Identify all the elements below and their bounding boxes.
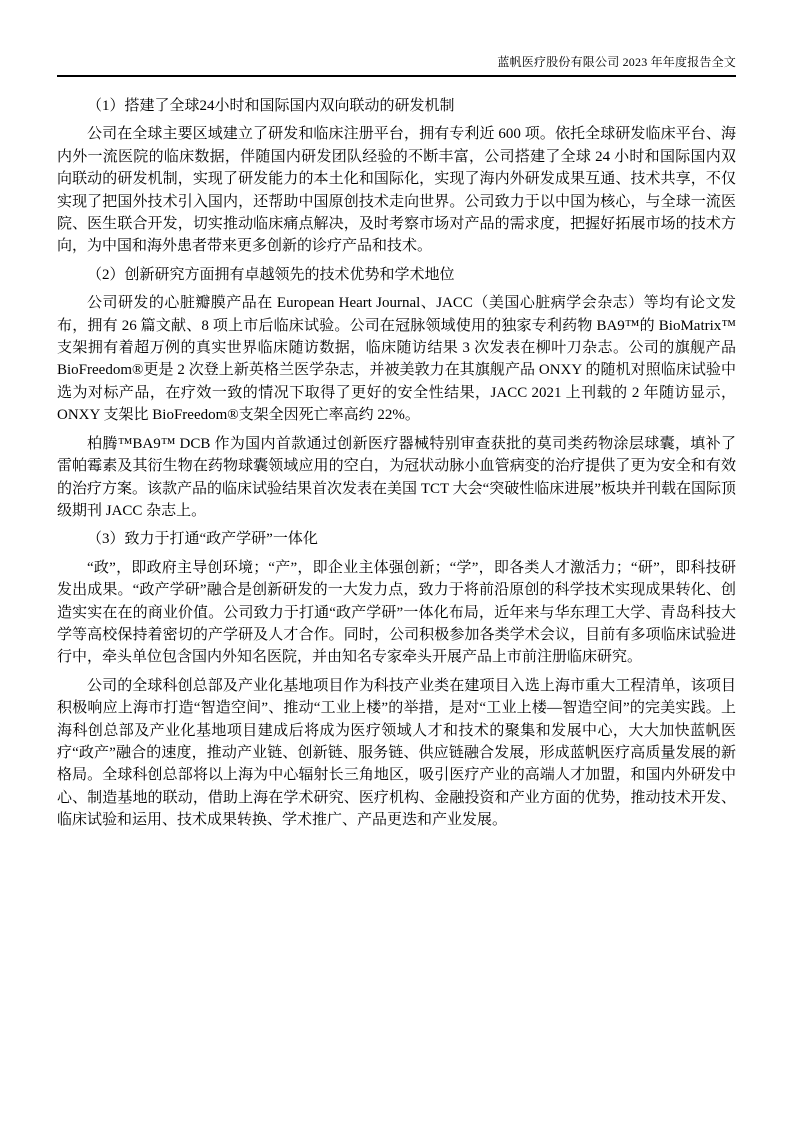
section-heading-3: （3）致力于打通“政产学研”一体化	[57, 528, 736, 550]
section-3-paragraph-2: 公司的全球科创总部及产业化基地项目作为科技产业类在建项目入选上海市重大工程清单，…	[57, 675, 736, 832]
report-header-title: 蓝帆医疗股份有限公司 2023 年年度报告全文	[497, 55, 736, 69]
section-1-paragraph-1: 公司在全球主要区域建立了研发和临床注册平台，拥有专利近 600 项。依托全球研发…	[57, 123, 736, 257]
section-2-paragraph-2: 柏腾™BA9™ DCB 作为国内首款通过创新医疗器械特别审查获批的莫司类药物涂层…	[57, 433, 736, 523]
document-page: 蓝帆医疗股份有限公司 2023 年年度报告全文 （1）搭建了全球24小时和国际国…	[0, 0, 793, 1122]
section-heading-1: （1）搭建了全球24小时和国际国内双向联动的研发机制	[57, 95, 736, 117]
section-heading-2: （2）创新研究方面拥有卓越领先的技术优势和学术地位	[57, 264, 736, 286]
section-2-paragraph-1: 公司研发的心脏瓣膜产品在 European Heart Journal、JACC…	[57, 292, 736, 426]
section-3-paragraph-1: “政”，即政府主导创环境；“产”，即企业主体强创新；“学”，即各类人才激活力；“…	[57, 557, 736, 669]
document-content: （1）搭建了全球24小时和国际国内双向联动的研发机制 公司在全球主要区域建立了研…	[57, 95, 736, 832]
page-header: 蓝帆医疗股份有限公司 2023 年年度报告全文	[57, 53, 736, 77]
